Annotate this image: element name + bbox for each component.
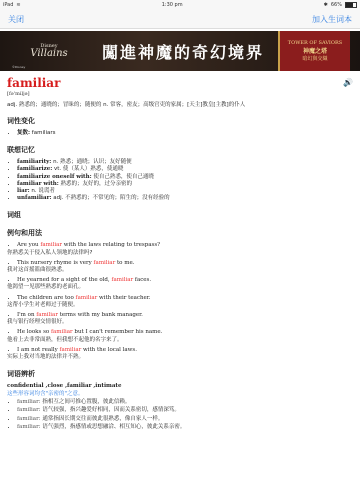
example-item: I am not really familiar with the local … <box>17 347 353 361</box>
list-item: familiar: 语气强烈，指感情或思想融洽、相互知心，彼此关系亲密。 <box>17 424 353 431</box>
speaker-icon[interactable]: 🔊 <box>343 78 353 87</box>
battery-percent: 66% <box>331 2 342 8</box>
synonym-list: familiar: 指相互之间可推心置腹，彼此信赖。 familiar: 语气较… <box>7 399 353 431</box>
synonym-subtitle: 这些形容词均含"亲密的"之意。 <box>7 389 353 397</box>
wifi-icon: ≋ <box>16 2 20 8</box>
device-label: iPad <box>3 2 13 8</box>
ad-banner[interactable]: Disney Villains 闖進神魔的奇幻境界 TOWER OF SAVIO… <box>0 31 360 71</box>
phonetic: [fə'miljə] <box>7 91 353 97</box>
list-item: familiar: 通常指因长期交往而彼此很熟悉，像自家人一样。 <box>17 416 353 423</box>
status-bar: iPad ≋ 1:30 pm ✱ 66% <box>0 0 360 10</box>
example-list: Are you familiar with the laws relating … <box>7 242 353 361</box>
list-item: unfamiliar: adj. 不熟悉的；不常见的；陌生的；没有经验的 <box>17 195 353 202</box>
section-title-examples: 例句和用法 <box>7 228 353 238</box>
definition: adj. 熟悉的；通晓的；冒昧的；随便的 n. 常客，密友；高级官吏的家属；[天… <box>7 100 353 108</box>
example-item: He yearned for a sight of the old, famil… <box>17 277 353 291</box>
headword: familiar <box>7 76 60 90</box>
banner-game-logo: TOWER OF SAVIORS 神魔之塔 暗幻與交織 <box>278 31 350 71</box>
memory-list: familiarity: n. 熟悉；通晓；认识；友好随便 familiariz… <box>7 159 353 202</box>
example-item: This nursery rhyme is very familiar to m… <box>17 260 353 274</box>
inflection-list: 复数: familiars <box>7 130 353 137</box>
example-item: He looks so familiar but I can't remembe… <box>17 329 353 343</box>
close-button[interactable]: 关闭 <box>8 14 24 25</box>
banner-logo: Disney Villains <box>10 44 88 59</box>
example-item: I'm on familiar terms with my bank manag… <box>17 312 353 326</box>
section-title-phrases: 词组 <box>7 210 353 220</box>
example-item: The children are too familiar with their… <box>17 295 353 309</box>
list-item: familiar: 语气较强，指兴趣爱好相同，因而关系密切，感情深笃。 <box>17 407 353 414</box>
example-item: Are you familiar with the laws relating … <box>17 242 353 256</box>
banner-slogan: 闖進神魔的奇幻境界 <box>88 40 278 63</box>
add-to-vocabulary-button[interactable]: 加入生词本 <box>312 14 352 25</box>
list-item: familiar: 指相互之间可推心置腹，彼此信赖。 <box>17 399 353 406</box>
list-item: familiar with: 熟悉的；友好的，过分亲密的 <box>17 181 353 188</box>
section-title-memory: 联想记忆 <box>7 145 353 155</box>
banner-copyright: ©Disney <box>12 65 25 69</box>
section-title-synonyms: 词语辨析 <box>7 369 353 379</box>
bluetooth-icon: ✱ <box>324 2 328 8</box>
list-item: familiarize oneself with: 使自己熟悉，使自己通晓 <box>17 174 353 181</box>
list-item: 复数: familiars <box>17 130 353 137</box>
nav-bar: 关闭 加入生词本 <box>0 10 360 29</box>
battery-icon <box>345 2 357 8</box>
clock: 1:30 pm <box>162 2 183 8</box>
dictionary-entry: familiar 🔊 [fə'miljə] adj. 熟悉的；通晓的；冒昧的；随… <box>0 76 360 431</box>
list-item: familiarize: vt. 使（某人）熟悉，使通晓 <box>17 166 353 173</box>
section-title-inflection: 词性变化 <box>7 116 353 126</box>
